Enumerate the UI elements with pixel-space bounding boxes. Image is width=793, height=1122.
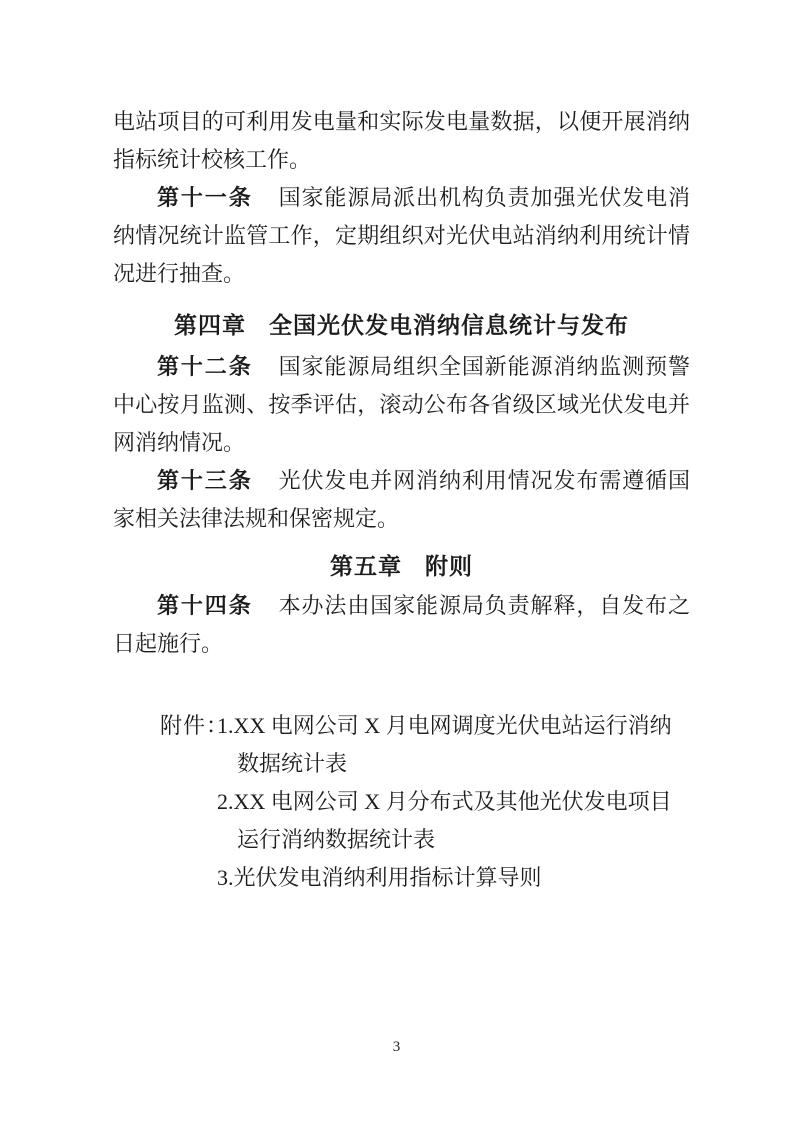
chapter-5-label: 第五章 (330, 553, 402, 579)
page-number: 3 (0, 1036, 793, 1058)
document-page: 电站项目的可利用发电量和实际发电量数据，以便开展消纳指标统计校核工作。 第十一条… (0, 0, 793, 1122)
attachments-block: 附件： 1.XX 电网公司 X 月电网调度光伏电站运行消纳数据统计表 2.XX … (113, 707, 690, 897)
chapter-5-heading: 第五章附则 (113, 547, 690, 585)
attachment-item-2: 2.XX 电网公司 X 月分布式及其他光伏发电项目运行消纳数据统计表 (237, 783, 690, 859)
paragraph-article-12: 第十二条国家能源局组织全国新能源消纳监测预警中心按月监测、按季评估，滚动公布各省… (113, 348, 690, 462)
article-11-number: 第十一条 (157, 185, 253, 210)
paragraph-article-14: 第十四条本办法由国家能源局负责解释，自发布之日起施行。 (113, 587, 690, 663)
attachments-label: 附件： (160, 707, 229, 745)
article-12-number: 第十二条 (157, 354, 253, 379)
chapter-4-title: 全国光伏发电消纳信息统计与发布 (269, 312, 629, 338)
chapter-5-title: 附则 (425, 553, 473, 579)
chapter-4-label: 第四章 (174, 312, 246, 338)
paragraph-article-11: 第十一条国家能源局派出机构负责加强光伏发电消纳情况统计监管工作，定期组织对光伏电… (113, 179, 690, 293)
attachment-item-3: 3.光伏发电消纳利用指标计算导则 (237, 859, 690, 897)
attachment-item-1: 1.XX 电网公司 X 月电网调度光伏电站运行消纳数据统计表 (237, 707, 690, 783)
article-13-number: 第十三条 (157, 468, 253, 493)
paragraph-continuation: 电站项目的可利用发电量和实际发电量数据，以便开展消纳指标统计校核工作。 (113, 103, 690, 179)
article-14-number: 第十四条 (157, 593, 253, 618)
document-body: 电站项目的可利用发电量和实际发电量数据，以便开展消纳指标统计校核工作。 第十一条… (113, 103, 690, 897)
paragraph-article-13: 第十三条光伏发电并网消纳利用情况发布需遵循国家相关法律法规和保密规定。 (113, 462, 690, 538)
paragraph-text: 电站项目的可利用发电量和实际发电量数据，以便开展消纳指标统计校核工作。 (113, 109, 690, 172)
chapter-4-heading: 第四章全国光伏发电消纳信息统计与发布 (113, 306, 690, 344)
